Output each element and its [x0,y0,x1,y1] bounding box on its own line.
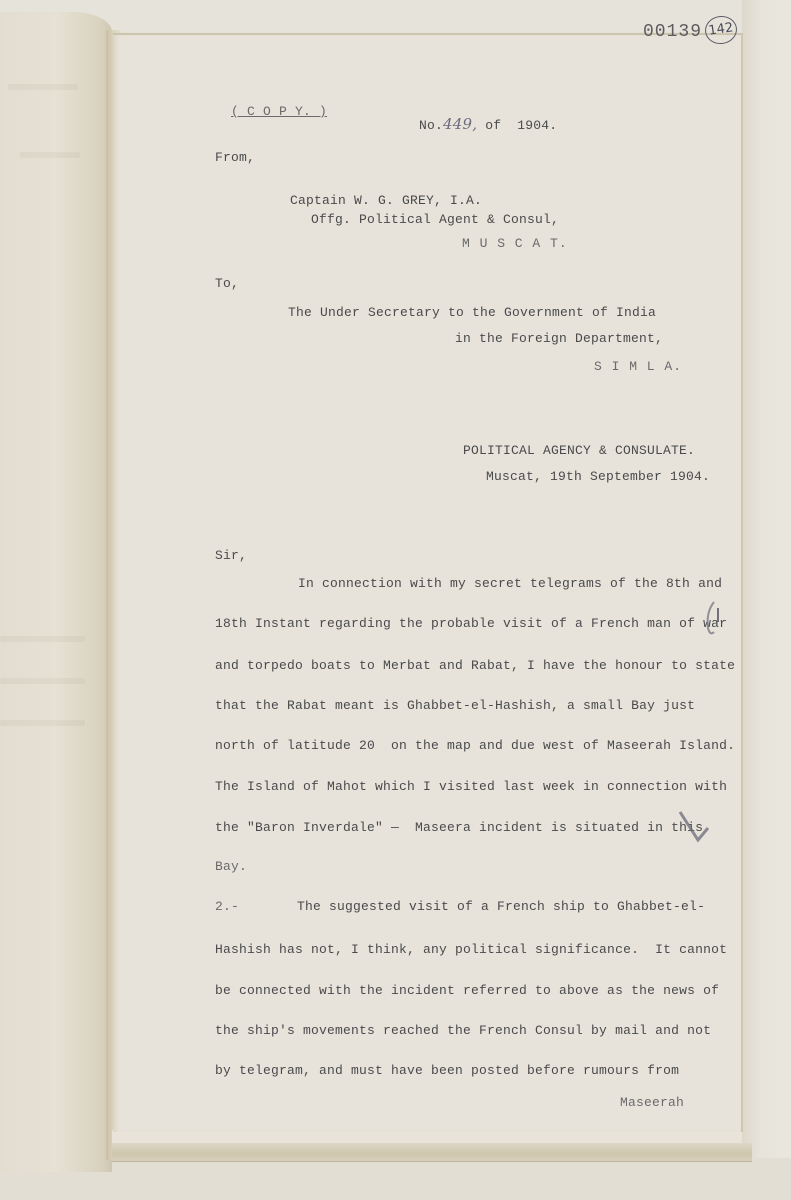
sender-name: Captain W. G. GREY, I.A. [290,193,482,209]
body-line-3: and torpedo boats to Merbat and Rabat, I… [215,658,735,674]
body-line-9: The suggested visit of a French ship to … [297,899,705,915]
number-suffix: of 1904. [485,118,557,133]
background-bottom [0,1158,791,1200]
body-line-6: The Island of Mahot which I visited last… [215,779,727,795]
origin-date: Muscat, 19th September 1904. [486,469,710,485]
copy-label-text: ( C O P Y. ) [231,104,327,119]
body-line-1: In connection with my secret telegrams o… [298,576,722,592]
body-line-8: Bay. [215,859,247,875]
copy-label: ( C O P Y. ) [215,88,327,120]
recipient-line-1: The Under Secretary to the Government of… [288,305,656,321]
background-right [742,0,791,1200]
catchword: Maseerah [620,1095,684,1111]
number-prefix: No. [419,118,443,133]
body-line-5: north of latitude 20 on the map and due … [215,738,735,754]
salutation: Sir, [215,548,247,564]
folio-number: 00139 [643,22,702,42]
from-label: From, [215,150,255,166]
to-label: To, [215,276,239,292]
recipient-line-2: in the Foreign Department, [455,331,663,347]
handwritten-number: 449, [443,115,477,133]
body-line-10: Hashish has not, I think, any political … [215,942,727,958]
body-line-4: that the Rabat meant is Ghabbet-el-Hashi… [215,698,695,714]
body-line-11: be connected with the incident referred … [215,983,719,999]
body-line-7: the "Baron Inverdale" — Maseera incident… [215,820,703,836]
recipient-place: S I M L A. [594,359,682,375]
sender-place: M U S C A T. [462,236,568,252]
sender-title: Offg. Political Agent & Consul, [311,212,559,228]
left-facing-page [0,12,112,1172]
letter-number: No.449, of 1904. [403,100,557,134]
pencil-margin-mark [700,600,730,640]
body-line-12: the ship's movements reached the French … [215,1023,711,1039]
pencil-check-mark [678,810,718,850]
origin-office: POLITICAL AGENCY & CONSULATE. [463,443,695,459]
page-stack-edge-lower [112,1143,752,1162]
body-line-2: 18th Instant regarding the probable visi… [215,616,727,632]
paragraph-number-2: 2.- [215,899,239,915]
body-line-13: by telegram, and must have been posted b… [215,1063,679,1079]
